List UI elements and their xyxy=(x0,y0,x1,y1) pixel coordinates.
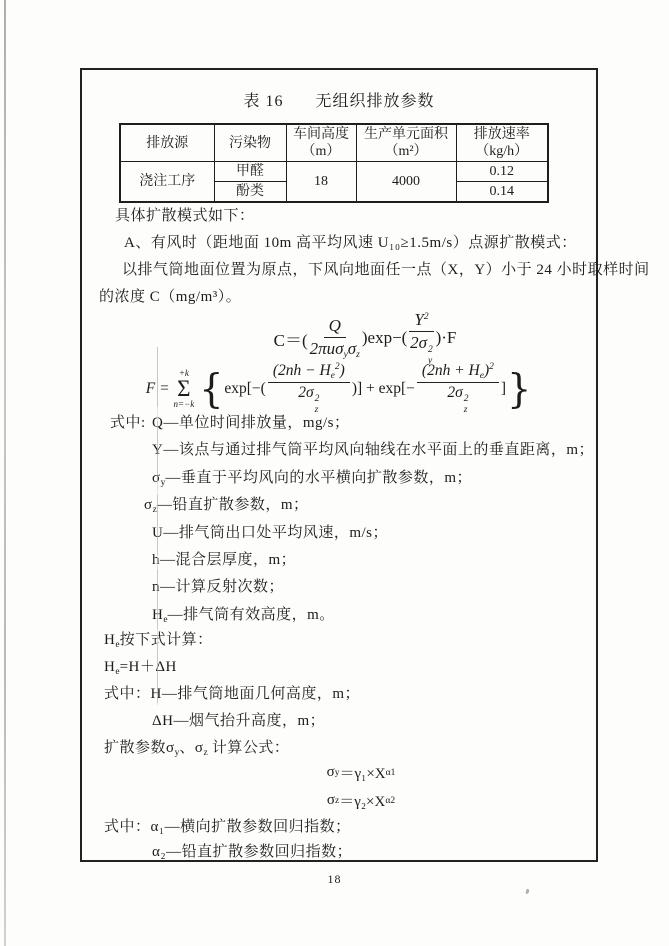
subscript: e xyxy=(331,371,335,381)
sigma-text: σ xyxy=(327,792,335,809)
formula-concentration: C＝( Q 2πuσyσz )exp−( Y2 2σ2y )·F xyxy=(108,310,622,367)
sigma-intro: 扩散参数σy、σz 计算公式： xyxy=(104,738,289,763)
exp-term-1: exp[−( xyxy=(224,380,265,398)
paragraph-mode-a: A、有风时（距地面 10m 高平均风速 U₁₀≥1.5m/s）点源扩散模式： xyxy=(124,233,577,253)
col-header-pollutant: 污染物 xyxy=(214,124,286,162)
cell-pollutant-2: 酚类 xyxy=(214,182,286,203)
col-header-source: 排放源 xyxy=(120,124,214,162)
superscript: 2 xyxy=(489,362,494,372)
cell-area: 4000 xyxy=(356,162,456,203)
table-title: 表 16无组织排放参数 xyxy=(82,88,596,111)
he-calc-line: He按下式计算： xyxy=(104,630,213,655)
formula-reflection: F = +k Σ n=−k { exp[−( (2nh − He2) 2σ2z … xyxy=(82,362,596,416)
def-text: h—混合层厚度，m； xyxy=(152,552,296,568)
fraction-numerator: (2nh − He2) xyxy=(268,362,350,383)
fraction: Q 2πuσyσz xyxy=(310,316,360,360)
scan-edge-shadow xyxy=(4,0,6,946)
paragraph-intro: 具体扩散模式如下： xyxy=(115,206,255,226)
den-text: σ xyxy=(348,339,356,358)
cell-source: 浇注工序 xyxy=(120,162,214,203)
dh-definition: ΔH—烟气抬升高度，m； xyxy=(152,711,325,731)
table-title-label: 表 16 xyxy=(243,93,283,110)
header-text: 排放源 xyxy=(121,135,214,152)
close-brace: } xyxy=(507,373,531,405)
table-row: 浇注工序 甲醛 18 4000 0.12 xyxy=(120,162,548,182)
den-text: 2σ xyxy=(410,333,427,352)
summation: +k Σ n=−k xyxy=(174,369,195,409)
col-header-height: 车间高度（m） xyxy=(286,124,356,162)
formula-c-lead: C＝( xyxy=(274,326,308,351)
table-title-text: 无组织排放参数 xyxy=(316,93,435,110)
den-text: 2σ xyxy=(447,384,462,401)
def-text: —垂直于平均风向的水平横向扩散参数，m； xyxy=(165,470,472,486)
definition-item: h—混合层厚度，m； xyxy=(152,547,594,574)
scan-artifact-line xyxy=(157,347,158,705)
sum-lower-limit: n=−k xyxy=(174,400,195,409)
num-text: Y xyxy=(414,310,423,329)
superscript: 2 xyxy=(424,312,429,322)
cell-rate-2: 0.14 xyxy=(456,182,548,203)
he-text: H xyxy=(104,659,115,675)
sigma-text: 计算公式： xyxy=(208,740,290,756)
paragraph-origin-1: 以排气筒地面位置为原点，下风向地面任一点（X，Y）小于 24 小时取样时间 xyxy=(122,260,650,280)
num-text: (2nh + H xyxy=(422,362,480,379)
he-equation: He=H＋ΔH xyxy=(104,657,177,682)
emission-parameters-table: 排放源 污染物 车间高度（m） 生产单元面积（m²） 排放速率（kg/h） 浇注… xyxy=(119,123,549,203)
page-number: 18 xyxy=(0,872,669,887)
num-text: ) xyxy=(340,362,345,379)
fraction-numerator: Y2 xyxy=(409,310,433,332)
sigma-z-formula: σz＝γ₂×Xα2 xyxy=(104,790,618,811)
def-text: U—排气筒出口处平均风速，m/s； xyxy=(152,525,388,541)
he-text: 按下式计算： xyxy=(120,632,213,648)
cell-height: 18 xyxy=(286,162,356,203)
definition-item: n—计算反射次数； xyxy=(152,574,594,601)
header-text: 排放速率 xyxy=(457,126,548,143)
col-header-rate: 排放速率（kg/h） xyxy=(456,124,548,162)
subscript: z xyxy=(356,350,360,360)
paragraph-origin-2: 的浓度 C（mg/m³）。 xyxy=(99,287,241,307)
cell-rate-1: 0.12 xyxy=(456,162,548,182)
col-header-area: 生产单元面积（m²） xyxy=(356,124,456,162)
definitions-list: Q—单位时间排放量，mg/s； Y—该点与通过排气筒平均风向轴线在水平面上的垂直… xyxy=(152,410,594,629)
he-text: H xyxy=(104,632,115,648)
den-text: 2πuσ xyxy=(310,339,344,358)
definition-item: Q—单位时间排放量，mg/s； xyxy=(152,410,594,437)
def-text: Y—该点与通过排气筒平均风向轴线在水平面上的垂直距离，m； xyxy=(152,442,594,458)
def-text: Q—单位时间排放量，mg/s； xyxy=(152,415,350,431)
header-unit: （kg/h） xyxy=(457,143,548,160)
den-text: 2σ xyxy=(298,384,313,401)
alpha1-definition: 式中：α₁—横向扩散参数回归指数； xyxy=(104,817,351,837)
close-bracket: ] xyxy=(501,380,506,398)
def-text: —铅直扩散参数，m； xyxy=(157,497,309,513)
sigma-text: σ xyxy=(327,764,335,781)
header-unit: （m²） xyxy=(357,143,456,160)
fraction: (2nh − He2) 2σ2z xyxy=(268,362,350,416)
header-text: 生产单元面积 xyxy=(357,126,456,143)
superscript: 2 xyxy=(464,394,469,405)
definition-item: σy—垂直于平均风向的水平横向扩散参数，m； xyxy=(152,465,594,492)
superscript: α2 xyxy=(385,796,395,806)
definition-item: He—排气筒有效高度，m。 xyxy=(152,602,594,629)
sigma-text: 、σ xyxy=(179,740,203,756)
alpha2-definition: α₂—铅直扩散参数回归指数； xyxy=(152,842,352,862)
open-brace: { xyxy=(199,373,223,405)
fraction-denominator: 2πuσyσz xyxy=(310,338,360,360)
header-text: 车间高度 xyxy=(287,126,356,143)
header-unit: （m） xyxy=(287,143,356,160)
sigma-y-formula: σy＝γ₁×Xα1 xyxy=(104,762,618,783)
def-text: —排气筒有效高度，m。 xyxy=(168,607,335,623)
table-header-row: 排放源 污染物 车间高度（m） 生产单元面积（m²） 排放速率（kg/h） xyxy=(120,124,548,162)
definition-item: U—排气筒出口处平均风速，m/s； xyxy=(152,520,594,547)
superscript: α1 xyxy=(386,768,396,778)
h-definition: 式中：H—排气筒地面几何高度，m； xyxy=(104,684,360,704)
formula-c-mid: )exp−( xyxy=(362,328,407,348)
fraction: Y2 2σ2y xyxy=(409,310,433,367)
def-text: n—计算反射次数； xyxy=(152,579,284,595)
superscript: 2 xyxy=(315,394,320,405)
num-text: (2nh − H xyxy=(273,362,331,379)
def-text: σ xyxy=(144,497,153,513)
cell-pollutant-1: 甲醛 xyxy=(214,162,286,182)
sigma-text: ＝γ₂×X xyxy=(339,790,385,811)
fraction-numerator: (2nh + He)2 xyxy=(417,362,499,383)
defs-label: 式中: xyxy=(110,410,146,437)
sigma-text: ＝γ₁×X xyxy=(339,762,385,783)
sigma-sum-icon: Σ xyxy=(177,378,190,400)
superscript: 2 xyxy=(428,345,433,356)
scanned-document-page: { "title": { "label": "表 16", "text": "无… xyxy=(0,0,669,946)
definition-item: σz—铅直扩散参数，m； xyxy=(144,492,594,519)
fraction: (2nh + He)2 2σ2z xyxy=(417,362,499,416)
formula-c-tail: )·F xyxy=(436,328,457,348)
header-text: 污染物 xyxy=(215,135,286,152)
definition-item: Y—该点与通过排气筒平均风向轴线在水平面上的垂直距离，m； xyxy=(152,437,594,464)
he-text: =H＋ΔH xyxy=(120,659,177,675)
sigma-text: 扩散参数σ xyxy=(104,740,175,756)
scan-speck xyxy=(525,889,529,895)
fraction-numerator: Q xyxy=(324,316,346,338)
formula-f-mid: )] + exp[− xyxy=(352,380,415,398)
